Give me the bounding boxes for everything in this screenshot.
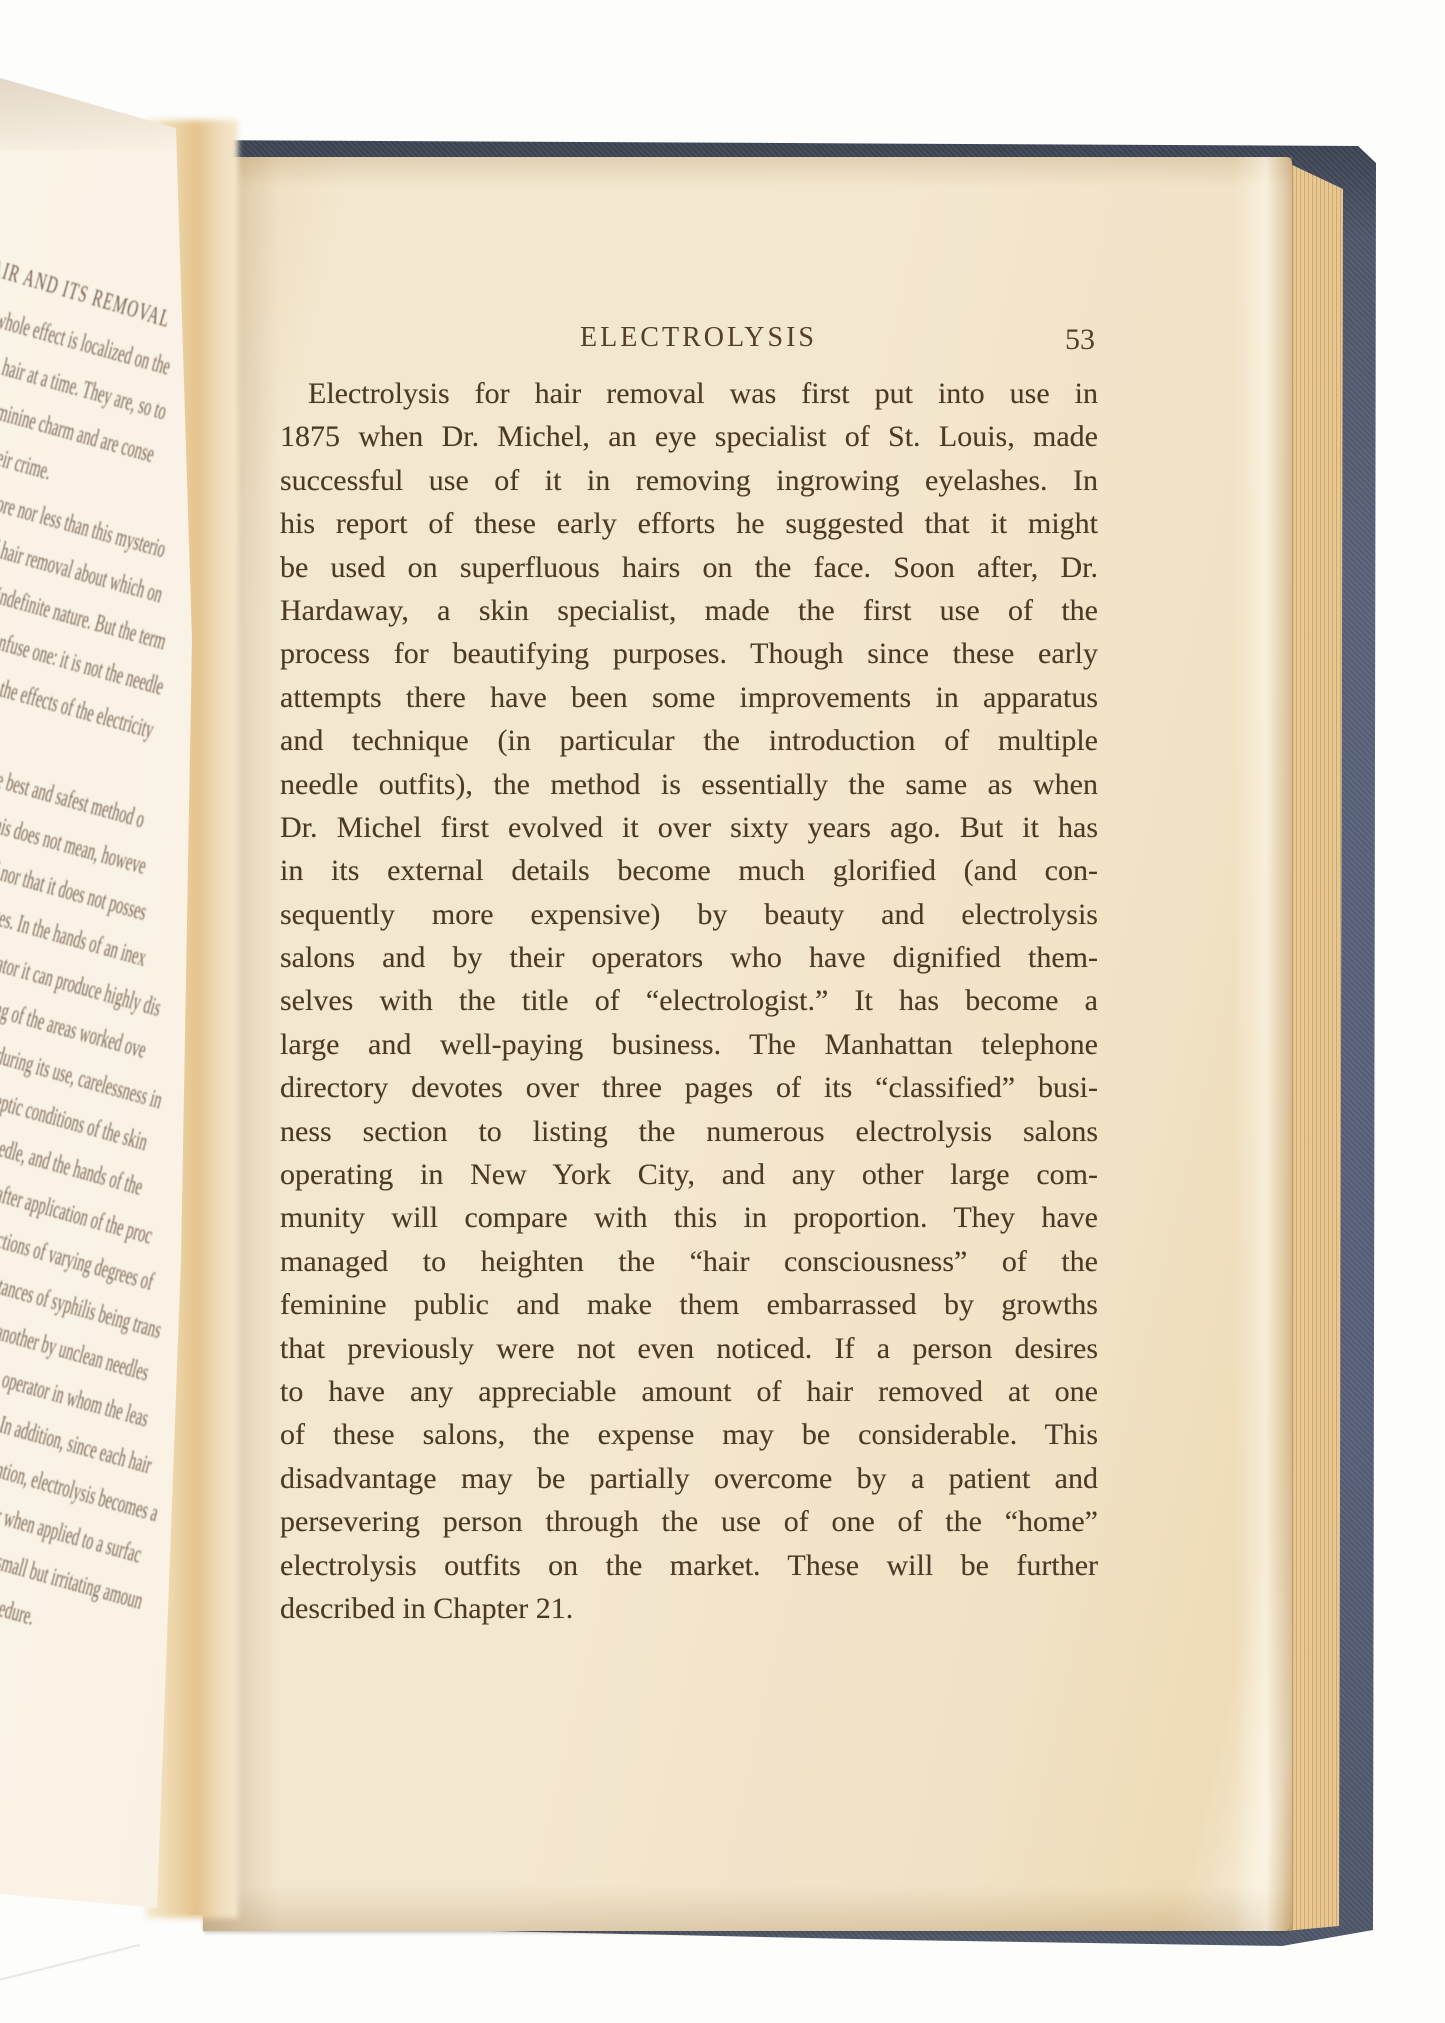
page-edge-highlight (1234, 157, 1292, 1931)
body-text: Electrolysis for hair removal was first … (280, 372, 1098, 1630)
running-head: ELECTROLYSIS (580, 322, 817, 354)
text-line: salons and by their operators who have d… (280, 936, 1098, 979)
paper-speck (995, 309, 1000, 314)
text-line: ness section to listing the numerous ele… (280, 1110, 1098, 1153)
text-line: Hardaway, a skin specialist, made the fi… (280, 589, 1098, 632)
text-line: managed to heighten the “hair consciousn… (280, 1240, 1098, 1283)
text-line: successful use of it in removing ingrowi… (280, 459, 1098, 502)
text-line: directory devotes over three pages of it… (280, 1066, 1098, 1109)
text-line: electrolysis outfits on the market. Thes… (280, 1544, 1098, 1587)
text-line: of these salons, the expense may be cons… (280, 1413, 1098, 1456)
text-line: operating in New York City, and any othe… (280, 1153, 1098, 1196)
text-line: sequently more expensive) by beauty and … (280, 893, 1098, 936)
text-line: in its external details become much glor… (280, 849, 1098, 892)
text-line: that previously were not even noticed. I… (280, 1327, 1098, 1370)
paper-speck (1147, 283, 1150, 286)
text-line: process for beautifying purposes. Though… (280, 632, 1098, 675)
book-photo: ELECTROLYSIS 53 Electrolysis for hair re… (0, 0, 1445, 2023)
text-line: selves with the title of “electrologist.… (280, 979, 1098, 1022)
page-bottom-shadow (203, 1885, 1292, 1931)
text-line: Electrolysis for hair removal was first … (280, 372, 1098, 415)
text-line: munity will compare with this in proport… (280, 1196, 1098, 1239)
page-top-shadow (203, 157, 1292, 187)
text-line: 1875 when Dr. Michel, an eye specialist … (280, 415, 1098, 458)
text-line: large and well-paying business. The Manh… (280, 1023, 1098, 1066)
right-page: ELECTROLYSIS 53 Electrolysis for hair re… (203, 157, 1292, 1931)
backdrop-shadow (0, 1944, 140, 1982)
text-line: feminine public and make them embarrasse… (280, 1283, 1098, 1326)
text-line: disadvantage may be partially overcome b… (280, 1457, 1098, 1500)
text-line: his report of these early efforts he sug… (280, 502, 1098, 545)
text-line: to have any appreciable amount of hair r… (280, 1370, 1098, 1413)
text-line: attempts there have been some improvemen… (280, 676, 1098, 719)
page-number: 53 (1065, 323, 1095, 357)
text-line: needle outfits), the method is essential… (280, 763, 1098, 806)
text-line: be used on superfluous hairs on the face… (280, 546, 1098, 589)
text-line: described in Chapter 21. (280, 1587, 1098, 1630)
text-line: and technique (in particular the introdu… (280, 719, 1098, 762)
text-line: Dr. Michel first evolved it over sixty y… (280, 806, 1098, 849)
text-line: persevering person through the use of on… (280, 1500, 1098, 1543)
